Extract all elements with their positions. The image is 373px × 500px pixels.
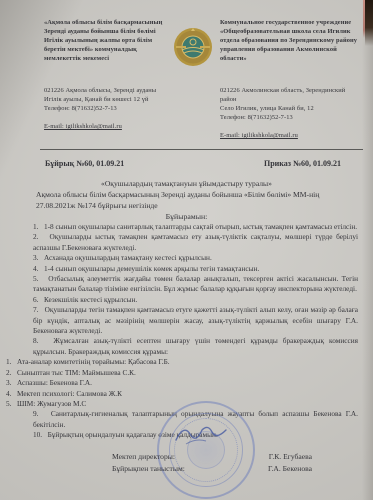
commission-member: Аспазшы: Бекенова Г.А. [6,378,373,388]
address-kazakh-lines: 021226 Ақмола облысы, Зеренді ауданы Игі… [44,87,156,112]
signature-name: Г.К. Егубаева [269,451,312,463]
kazakhstan-emblem-icon [172,26,214,68]
order-item: Асханада оқушылардың тамақтану кестесі қ… [33,253,358,263]
order-title: «Оқушылардың тамақтануын ұйымдастыру тур… [0,179,373,188]
address-block: 021226 Ақмола облысы, Зеренді ауданы Игі… [0,68,373,140]
email-kazakh: E-mail: igilikshkola@mail.ru [44,123,122,130]
order-item: Кезекшілік кестесі құрылсын. [33,295,358,305]
org-name-kazakh: «Ақмола облысы білім басқармасының Зерен… [44,18,170,63]
signature-row: Бұйрықпен таныстым: Г.А. Бекенова [112,463,312,475]
order-ref-kazakh: Бұйрық №60, 01.09.21 [45,159,124,168]
commission-members-list: Ата-аналар комитетінің төрайымы: Қабасов… [6,357,373,409]
order-command-word: Бұйырамын: [0,212,373,221]
photo-background-edge [365,0,373,46]
scanned-order-document: «Ақмола облысы білім басқармасының Зерен… [0,0,373,500]
address-kazakh: 021226 Ақмола облысы, Зеренді ауданы Игі… [44,77,170,131]
commission-member: Мектеп психологі: Салимова Ж.К [6,389,373,399]
org-name-russian: Коммунальное государственное учреждение … [216,18,361,63]
address-russian: 021226 Акмолинская область, Зерендинский… [216,77,361,140]
address-russian-lines: 021226 Акмолинская область, Зерендинский… [220,87,345,121]
order-item: Оқушыларды тегін тамақпен қамтамасыз ету… [33,305,358,336]
emblem-wrap [170,26,216,68]
header-divider [40,149,363,150]
signature-label: Бұйрықпен таныстым: [112,463,185,475]
signature-row: Мектеп директоры: Г.К. Егубаева [112,451,312,463]
order-reference-row: Бұйрық №60, 01.09.21 Приказ №60, 01.09.2… [45,159,341,168]
signature-scribble [172,420,232,450]
signature-block: Мектеп директоры: Г.К. Егубаева Бұйрықпе… [112,451,312,475]
order-item: Жұмсалған азық-түлікті есептен шығару үш… [33,336,358,357]
order-item: 1-8 сынып оқушылары санитарлық талаптард… [33,222,358,232]
signature-name: Г.А. Бекенова [268,463,312,475]
order-item: Отбасылық әлеуметтік жағдайы төмен балал… [33,274,358,295]
order-ref-russian: Приказ №60, 01.09.21 [264,159,341,168]
document-header: «Ақмола облысы білім басқармасының Зерен… [0,0,373,68]
commission-member: Ата-аналар комитетінің төрайымы: Қабасов… [6,357,373,367]
email-russian: E-mail: igilikshkola@mail.ru [220,132,298,139]
signature-label: Мектеп директоры: [112,451,175,463]
order-item: Оқушыларды ыстық тамақпен қамтамасыз ету… [33,232,358,253]
order-items-list: 1-8 сынып оқушылары санитарлық талаптард… [33,222,358,357]
commission-member: Сыныптан тыс ТІМ: Маймышева С.К. [6,368,373,378]
order-basis: Ақмола облысы білім басқармасының Зеренд… [36,189,355,211]
order-item: 1-4 сынып оқушылары демеушілік көмек арқ… [33,264,358,274]
